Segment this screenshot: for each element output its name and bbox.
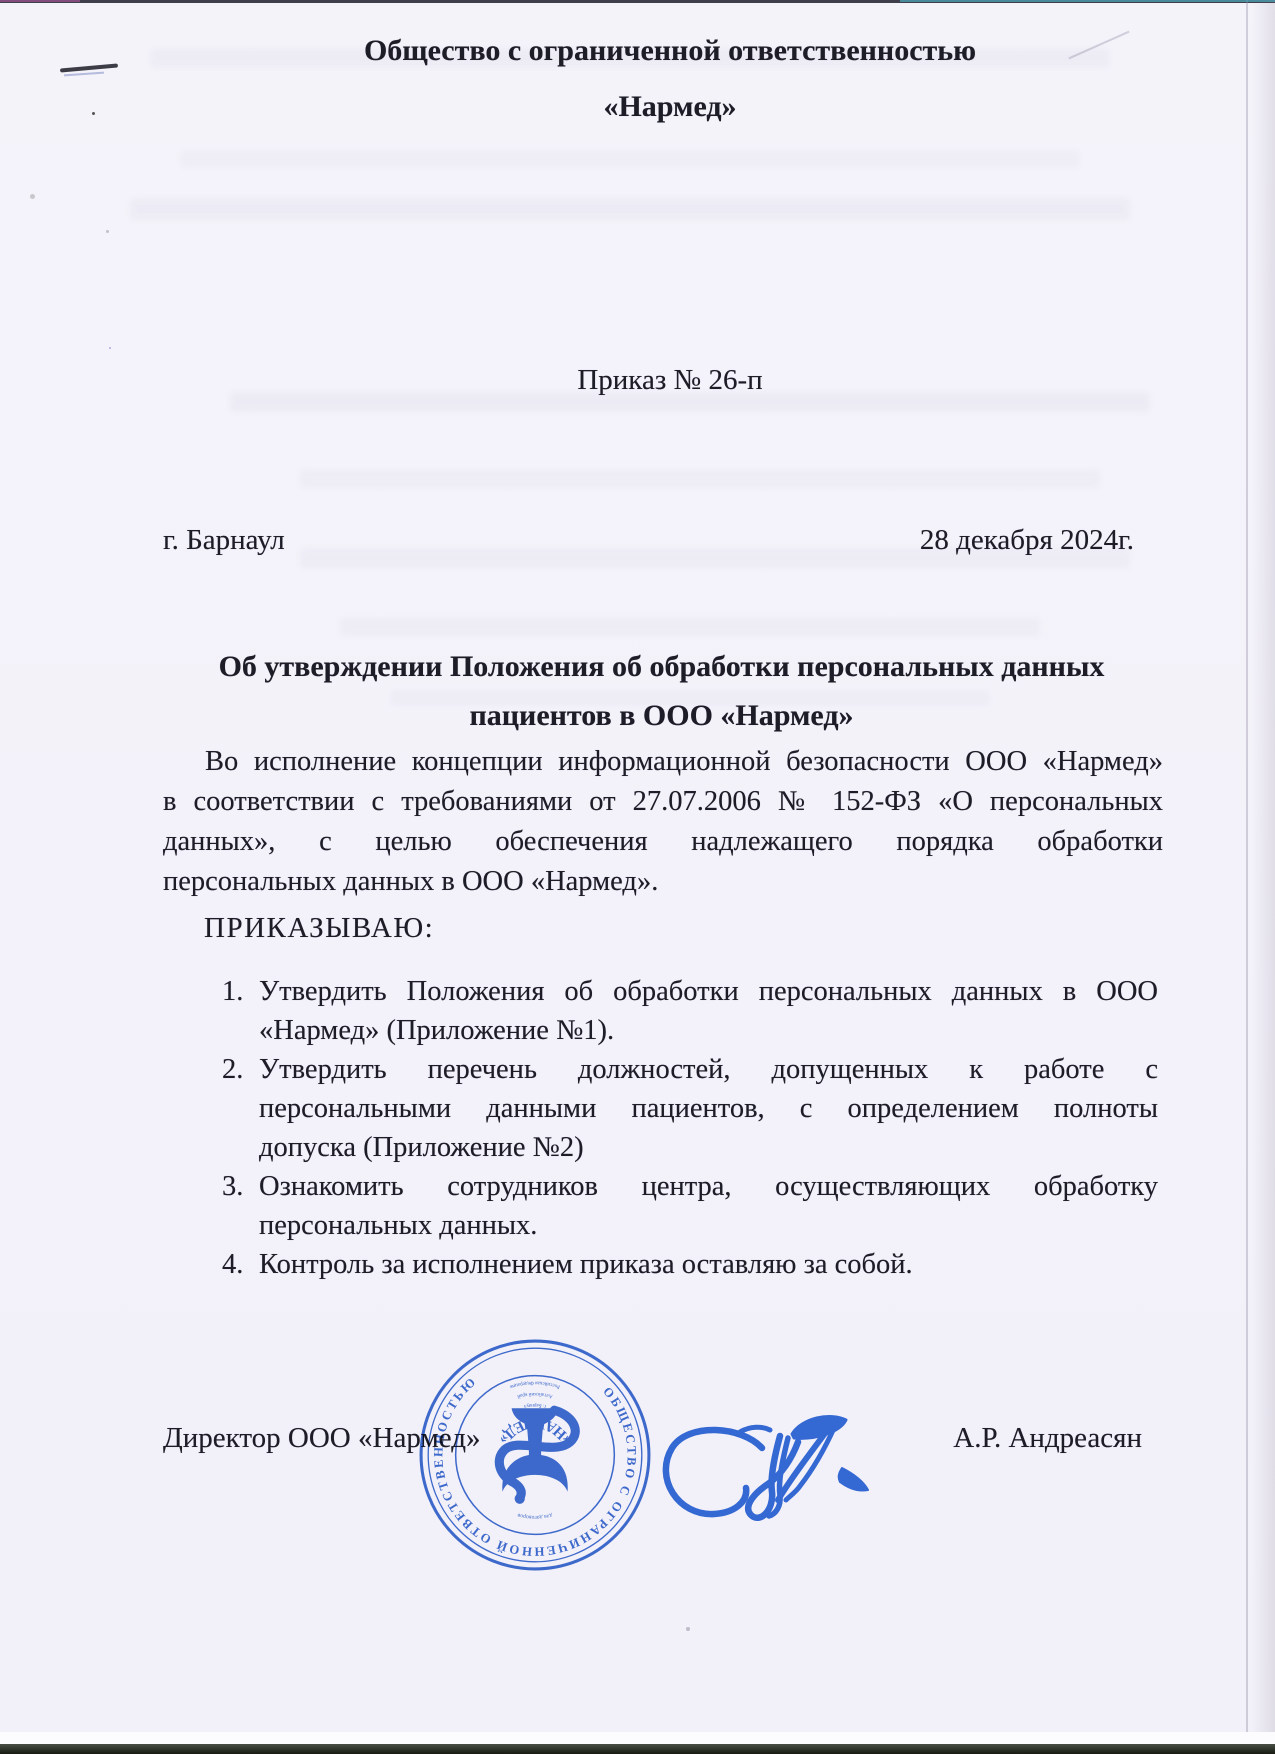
pen-mark-artifact bbox=[64, 72, 104, 77]
list-item-number: 4. bbox=[222, 1245, 259, 1284]
dust-speck bbox=[686, 1627, 690, 1631]
stamp-city-text: г. Барнаул bbox=[523, 1402, 546, 1409]
date-label: 28 декабря 2024г. bbox=[920, 524, 1160, 557]
scan-edge-artifact bbox=[900, 0, 1275, 2]
bleed-through-artifact bbox=[340, 618, 1040, 636]
org-name-line1: Общество с ограниченной ответственностью bbox=[150, 34, 1190, 68]
list-item-line: «Нармед» (Приложение №1). bbox=[259, 1011, 1158, 1050]
list-item-line: Утвердить перечень должностей, допущенны… bbox=[259, 1050, 1158, 1089]
list-item-line: персональных данных. bbox=[259, 1206, 1158, 1245]
city-label: г. Барнаул bbox=[163, 524, 285, 557]
scanned-order-page: Общество с ограниченной ответственностью… bbox=[0, 0, 1275, 1754]
list-item-3: 3. Ознакомить сотрудников центра, осущес… bbox=[222, 1167, 1158, 1245]
preamble-line: данных», с целью обеспечения надлежащего… bbox=[163, 822, 1163, 862]
scan-edge-bottom bbox=[0, 1732, 1275, 1744]
list-item-number: 2. bbox=[222, 1050, 259, 1167]
subject-title-line1: Об утверждении Положения об обработки пе… bbox=[163, 642, 1160, 691]
pen-mark-artifact bbox=[60, 63, 118, 72]
company-stamp: ОБЩЕСТВО С ОГРАНИЧЕННОЙ ОТВЕТСТВЕННОСТЬЮ… bbox=[417, 1337, 653, 1573]
scan-edge-right bbox=[1246, 0, 1248, 1754]
preamble-line: персональных данных в ООО «Нармед». bbox=[163, 862, 1163, 902]
list-item-1: 1. Утвердить Положения об обработки перс… bbox=[222, 972, 1158, 1050]
preamble-paragraph: Во исполнение концепции информационной б… bbox=[163, 742, 1163, 902]
director-signature bbox=[630, 1382, 900, 1562]
list-item-line: персональными данными пациентов, с опред… bbox=[259, 1089, 1158, 1128]
list-item-line: допуска (Приложение №2) bbox=[259, 1128, 1158, 1167]
bleed-through-artifact bbox=[300, 470, 1100, 488]
scan-edge-shadow bbox=[1252, 0, 1275, 1754]
resolution-word: ПРИКАЗЫВАЮ: bbox=[204, 912, 434, 945]
list-item-4: 4. Контроль за исполнением приказа остав… bbox=[222, 1245, 1158, 1284]
list-item-2: 2. Утвердить перечень должностей, допуще… bbox=[222, 1050, 1158, 1167]
subject-title-line2: пациентов в ООО «Нармед» bbox=[163, 691, 1160, 740]
subject-title: Об утверждении Положения об обработки пе… bbox=[163, 642, 1160, 740]
bleed-through-artifact bbox=[130, 198, 1130, 220]
scan-edge-artifact bbox=[0, 0, 80, 2]
org-name-line2: «Нармед» bbox=[150, 90, 1190, 124]
stamp-country-text: Российская Федерация bbox=[509, 1380, 561, 1390]
order-list: 1. Утвердить Положения об обработки перс… bbox=[222, 972, 1158, 1284]
list-item-line: Ознакомить сотрудников центра, осуществл… bbox=[259, 1167, 1158, 1206]
stamp-region-text: Алтайский край bbox=[516, 1391, 553, 1400]
preamble-line: Во исполнение концепции информационной б… bbox=[163, 742, 1163, 782]
list-item-line: Контроль за исполнением приказа оставляю… bbox=[259, 1245, 1158, 1284]
dust-speck bbox=[92, 112, 95, 115]
dust-speck bbox=[109, 347, 111, 349]
list-item-number: 1. bbox=[222, 972, 259, 1050]
scan-edge-bottom-band bbox=[0, 1744, 1275, 1754]
dust-speck bbox=[106, 230, 109, 233]
order-number-title: Приказ № 26-п bbox=[150, 364, 1190, 397]
city-date-row: г. Барнаул 28 декабря 2024г. bbox=[163, 524, 1160, 557]
list-item-number: 3. bbox=[222, 1167, 259, 1245]
bleed-through-artifact bbox=[180, 150, 1080, 168]
dust-speck bbox=[30, 194, 35, 199]
signature-name: А.Р. Андреасян bbox=[953, 1422, 1160, 1455]
stamp-purpose-text: для договоров bbox=[517, 1512, 554, 1520]
preamble-line: в соответствии с требованиями от 27.07.2… bbox=[163, 782, 1163, 822]
list-item-line: Утвердить Положения об обработки персона… bbox=[259, 972, 1158, 1011]
